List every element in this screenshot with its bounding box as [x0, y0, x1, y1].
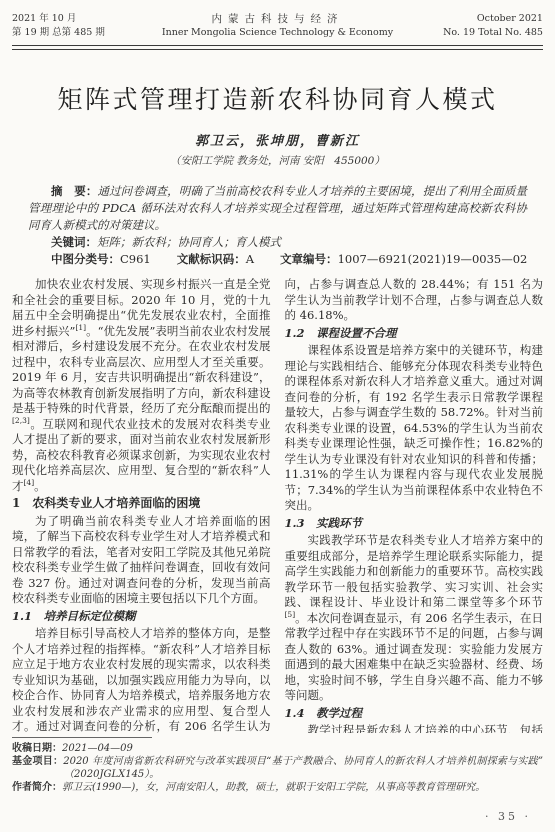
- header-issue-info-cn: 2021 年 10 月 第 19 期 总第 485 期: [12, 12, 162, 40]
- header-date-cn: 2021 年 10 月: [12, 12, 162, 26]
- footnote-item: 作者简介：郭卫云(1990—)，女，河南安阳人，助教，硕士，就职于安阳工学院，从…: [12, 781, 543, 794]
- footnote-item: 收稿日期：2021—04—09: [12, 742, 543, 755]
- article-title: 矩阵式管理打造新农科协同育人模式: [12, 80, 543, 116]
- footnote-item: 基金项目：2020 年度河南省新农科研究与改革实践项目“基于产教融合、协同育人的…: [12, 755, 543, 781]
- body-paragraph: 为了明确当前农科类专业人才培养面临的困境，了解当下高校农科专业学生对人才培养模式…: [12, 514, 271, 607]
- section-heading: 1.4 教学过程: [285, 706, 544, 722]
- front-matter: 摘 要：通过问卷调查，明确了当前高校农科专业人才培养的主要困境，提出了利用全面质…: [28, 183, 527, 268]
- journal-title: 内蒙古科技与经济 Inner Mongolia Science Technolo…: [162, 12, 393, 40]
- section-heading: 1.1 培养目标定位模糊: [12, 609, 271, 625]
- journal-title-cn: 内蒙古科技与经济: [162, 12, 393, 26]
- meta-item: 文章编号：1007—6921(2021)19—0035—02: [280, 252, 527, 266]
- meta-item: 中图分类号：C961: [51, 252, 151, 266]
- header-issue-en: No. 19 Total No. 485: [393, 26, 543, 40]
- abstract-text: 通过问卷调查，明确了当前高校农科专业人才培养的主要困境，提出了利用全面质量管理理…: [28, 184, 527, 232]
- abstract-label: 摘 要：: [51, 184, 97, 198]
- header-issue-cn: 第 19 期 总第 485 期: [12, 26, 162, 40]
- article-authors: 郭卫云，张坤朋，曹新江: [12, 130, 543, 149]
- journal-page: 2021 年 10 月 第 19 期 总第 485 期 内蒙古科技与经济 Inn…: [0, 0, 555, 832]
- header-issue-info-en: October 2021 No. 19 Total No. 485: [393, 12, 543, 40]
- section-heading: 1.2 课程设置不合理: [285, 326, 544, 342]
- citation-ref: [4]: [24, 478, 35, 487]
- section-heading: 1.3 实践环节: [285, 516, 544, 532]
- keywords-label: 关键词：: [51, 235, 97, 249]
- header-divider: [12, 45, 543, 50]
- footnotes: 收稿日期：2021—04—09基金项目：2020 年度河南省新农科研究与改革实践…: [12, 742, 543, 794]
- keywords: 关键词：矩阵；新农科；协同育人；育人模式: [28, 234, 527, 251]
- body-column-right: 向，占参与调查总人数的 28.44%；有 151 名为学生认为当前教学计划不合理…: [285, 277, 544, 733]
- body-column-left: 加快农业农村发展、实现乡村振兴一直是全党和全社会的重要目标。2020 年 10 …: [12, 277, 271, 733]
- article-affiliation: （安阳工学院 教务处，河南 安阳 455000）: [12, 153, 543, 168]
- section-heading: 1 农科类专业人才培养面临的困境: [12, 496, 271, 512]
- meta-item: 文献标识码：A: [177, 252, 254, 266]
- body-paragraph: 培养目标引导高校人才培养的整体方向，是整个人才培养过程的指挥棒。“新农科”人才培…: [12, 626, 271, 733]
- citation-ref: [2,3]: [12, 416, 30, 425]
- header-date-en: October 2021: [393, 12, 543, 26]
- page-number: · 35 ·: [485, 810, 531, 823]
- journal-title-en: Inner Mongolia Science Technology & Econ…: [162, 26, 393, 40]
- journal-header: 2021 年 10 月 第 19 期 总第 485 期 内蒙古科技与经济 Inn…: [12, 12, 543, 40]
- citation-ref: [1]: [75, 323, 86, 332]
- footnote-divider: [12, 737, 152, 738]
- body-paragraph: 教学过程是新农科人才培养的中心环节，包括教师“教的过程”和学生“学的过程”。在教…: [285, 723, 544, 733]
- abstract: 摘 要：通过问卷调查，明确了当前高校农科专业人才培养的主要困境，提出了利用全面质…: [28, 183, 527, 234]
- body-paragraph: 课程体系设置是培养方案中的关键环节，构建理论与实践相结合、能够充分体现农科类专业…: [285, 343, 544, 514]
- article-body: 加快农业农村发展、实现乡村振兴一直是全党和全社会的重要目标。2020 年 10 …: [12, 277, 543, 733]
- body-paragraph: 实践教学环节是农科类专业人才培养方案中的重要组成部分，是培养学生理论联系实际能力…: [285, 533, 544, 704]
- keywords-text: 矩阵；新农科；协同育人；育人模式: [97, 235, 281, 249]
- article-meta: 中图分类号：C961文献标识码：A文章编号：1007—6921(2021)19—…: [28, 251, 527, 268]
- body-paragraph: 向，占参与调查总人数的 28.44%；有 151 名为学生认为当前教学计划不合理…: [285, 277, 544, 324]
- citation-ref: [5]: [285, 610, 296, 619]
- body-paragraph: 加快农业农村发展、实现乡村振兴一直是全党和全社会的重要目标。2020 年 10 …: [12, 277, 271, 494]
